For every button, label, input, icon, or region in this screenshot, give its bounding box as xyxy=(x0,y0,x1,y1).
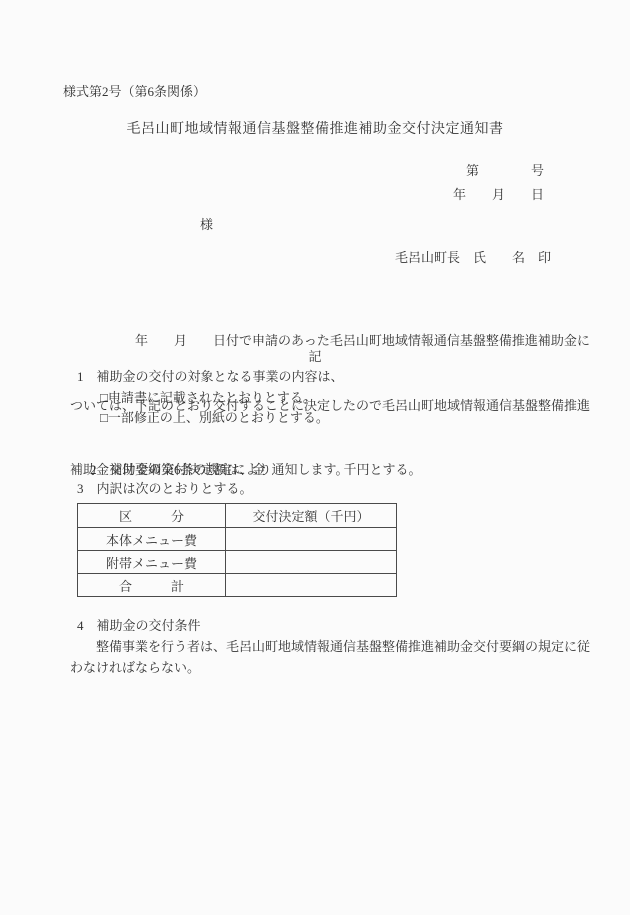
document-number-line: 第 号 xyxy=(466,160,544,179)
item-4-body-line: わなければならない。 xyxy=(70,660,200,675)
table-header-row: 区 分 交付決定額（千円） xyxy=(78,504,397,528)
item-2-text-after-blank: 千円とする。 xyxy=(344,462,422,477)
category-header-cell: 区 分 xyxy=(78,504,226,528)
document-page: 様式第2号（第6条関係） 毛呂山町地域情報通信基盤整備推進補助金交付決定通知書 … xyxy=(0,0,630,915)
item-1-checkbox-option-2: □一部修正の上、別紙のとおりとする。 xyxy=(100,410,329,425)
item-1-line: 1 補助金の交付の対象となる事業の内容は、 xyxy=(77,369,344,384)
table-row: 附帯メニュー費 xyxy=(78,551,397,574)
category-cell: 本体メニュー費 xyxy=(78,528,226,551)
item-1-checkbox-option-1: □申請書に記載されたとおりとする。 xyxy=(100,390,316,405)
date-line: 年 月 日 xyxy=(453,184,544,203)
table-row: 本体メニュー費 xyxy=(78,528,397,551)
addressee-honorific: 様 xyxy=(200,217,213,232)
category-cell: 附帯メニュー費 xyxy=(78,551,226,574)
item-4-body-line: 整備事業を行う者は、毛呂山町地域情報通信基盤整備推進補助金交付要綱の規定に従 xyxy=(70,639,590,654)
amount-cell xyxy=(226,574,397,597)
amount-cell xyxy=(226,528,397,551)
form-label: 様式第2号（第6条関係） xyxy=(63,84,206,99)
item-2-text-before-blank: 2 補助金の交付決定額は、金 xyxy=(90,462,266,477)
amount-cell xyxy=(226,551,397,574)
category-cell: 合 計 xyxy=(78,574,226,597)
table-row: 合 計 xyxy=(78,574,397,597)
breakdown-table: 区 分 交付決定額（千円） 本体メニュー費 附帯メニュー費 合 計 xyxy=(77,503,397,597)
document-title: 毛呂山町地域情報通信基盤整備推進補助金交付決定通知書 xyxy=(0,122,630,139)
issuer-line: 毛呂山町長 氏 名 印 xyxy=(395,250,551,265)
item-3-line: 3 内訳は次のとおりとする。 xyxy=(77,481,253,496)
record-marker: 記 xyxy=(0,349,630,364)
amount-header-cell: 交付決定額（千円） xyxy=(226,504,397,528)
item-4-line: 4 補助金の交付条件 xyxy=(77,618,201,633)
